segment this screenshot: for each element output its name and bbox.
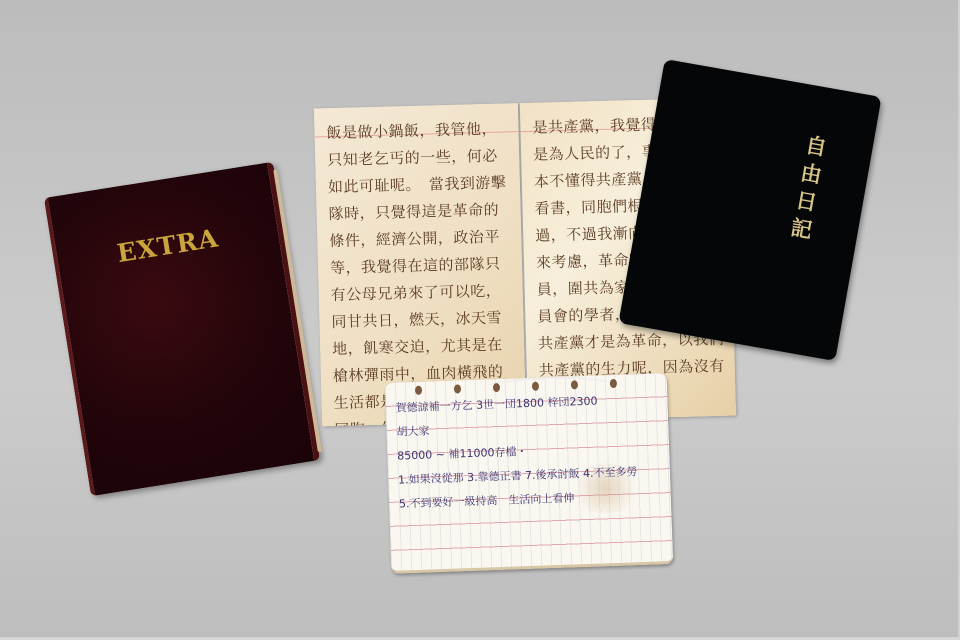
extra-notebook-title: EXTRA — [56, 214, 280, 277]
ring-hole — [610, 379, 617, 388]
ring-hole — [571, 380, 578, 389]
freedom-diary-title: 自由日記 — [787, 131, 830, 245]
card-handwriting: 賀德諒補一方乞 3世一団1800 梓団2300 胡大家 85000 ~ 補110… — [395, 387, 665, 516]
ring-hole — [454, 384, 461, 393]
ring-hole — [415, 386, 422, 395]
notebook-left-page: 飯是做小鍋飯，我管他，只知老乞丐的一些，何必如此可耻呢。 當我到游擊隊時，只覺得… — [314, 103, 526, 426]
extra-notebook: EXTRA — [44, 162, 320, 497]
freedom-diary-book: 自由日記 — [618, 59, 881, 361]
index-card: 賀德諒補一方乞 3世一団1800 梓団2300 胡大家 85000 ~ 補110… — [385, 373, 673, 574]
ring-hole — [532, 382, 539, 391]
ring-hole — [493, 383, 500, 392]
